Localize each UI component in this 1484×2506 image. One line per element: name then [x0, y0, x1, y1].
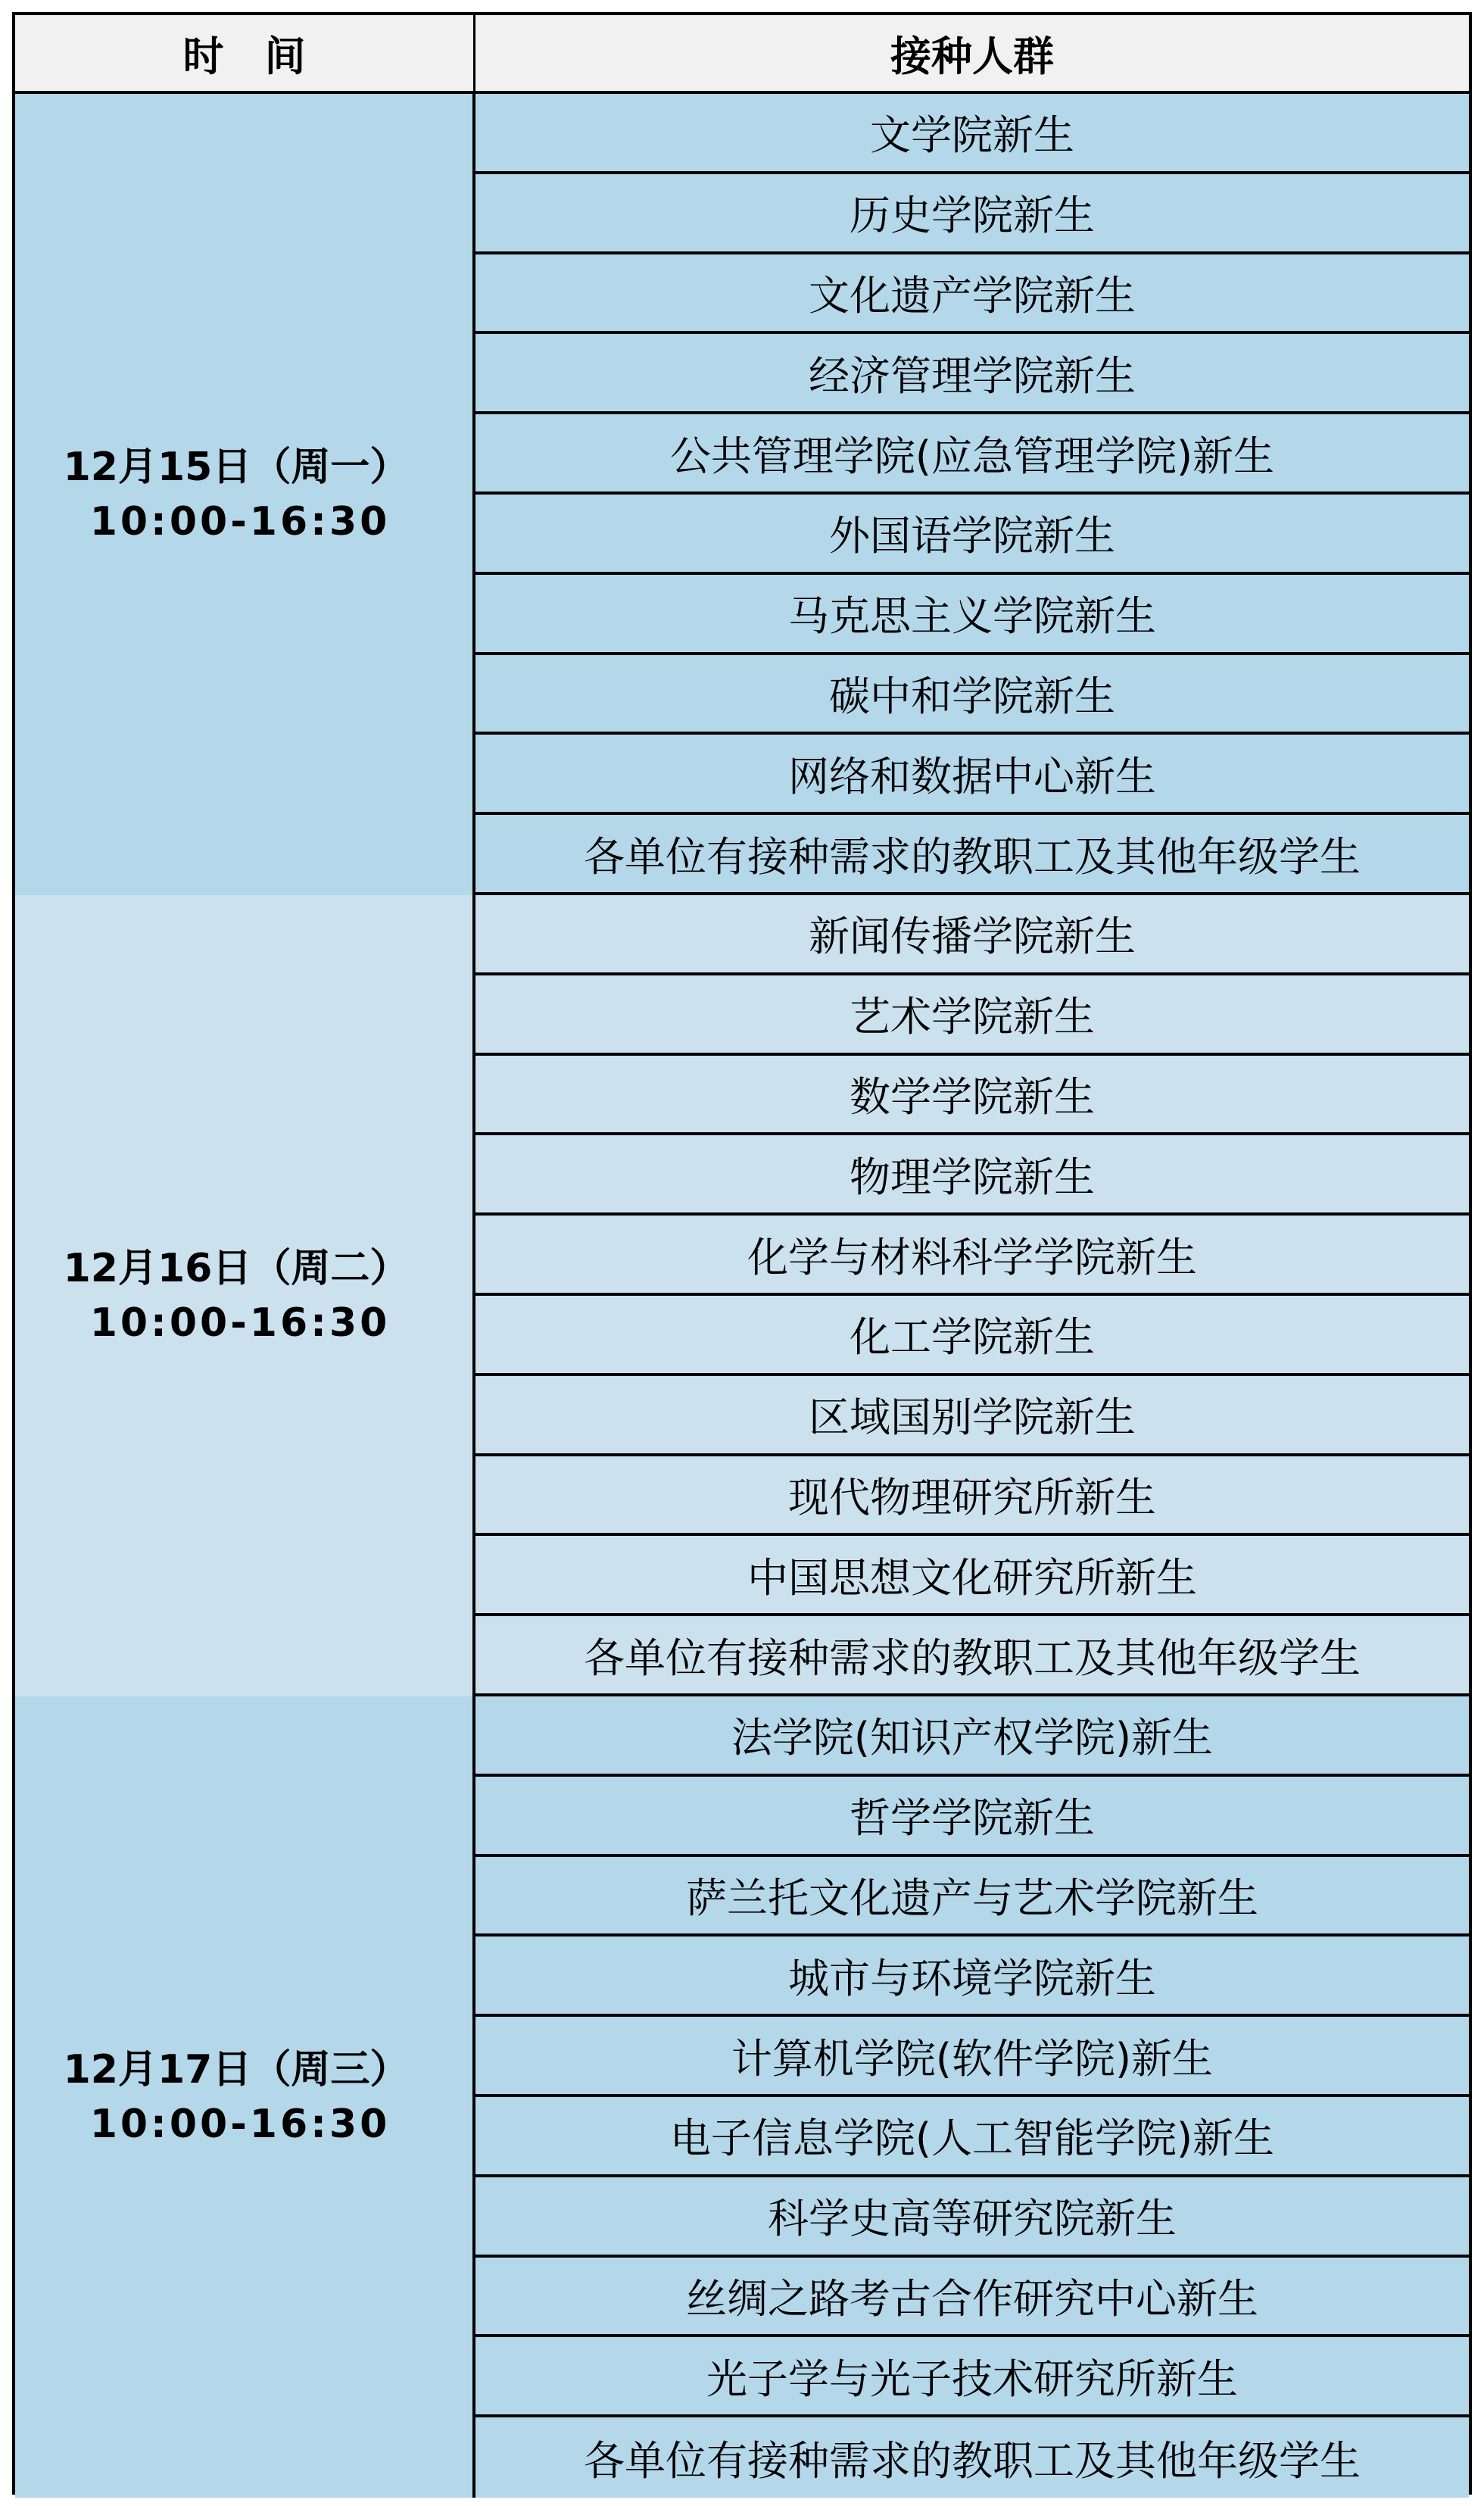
group-row: 各单位有接种需求的教职工及其他年级学生: [475, 815, 1469, 895]
group-row: 现代物理研究所新生: [475, 1456, 1469, 1537]
schedule-section: 12月16日（周二）10:00-16:30新闻传播学院新生艺术学院新生数学学院新…: [15, 895, 1469, 1696]
group-row: 化学与材料科学学院新生: [475, 1216, 1469, 1296]
group-row: 外国语学院新生: [475, 495, 1469, 575]
date-cell: 12月15日（周一）10:00-16:30: [15, 94, 475, 895]
group-row: 历史学院新生: [475, 174, 1469, 254]
group-row: 公共管理学院(应急管理学院)新生: [475, 414, 1469, 495]
group-row: 艺术学院新生: [475, 975, 1469, 1056]
header-time: 时 间: [15, 15, 475, 91]
schedule-section: 12月15日（周一）10:00-16:30文学院新生历史学院新生文化遗产学院新生…: [15, 94, 1469, 895]
session-date: 12月17日（周三）: [64, 2043, 410, 2097]
group-row: 丝绸之路考古合作研究中心新生: [475, 2258, 1469, 2338]
group-row: 哲学学院新生: [475, 1777, 1469, 1857]
group-list: 文学院新生历史学院新生文化遗产学院新生经济管理学院新生公共管理学院(应急管理学院…: [475, 94, 1469, 895]
group-row: 化工学院新生: [475, 1296, 1469, 1376]
group-row: 新闻传播学院新生: [475, 895, 1469, 975]
vaccination-schedule-table: 时 间 接种人群 12月15日（周一）10:00-16:30文学院新生历史学院新…: [12, 12, 1472, 2495]
group-row: 各单位有接种需求的教职工及其他年级学生: [475, 2417, 1469, 2498]
group-row: 法学院(知识产权学院)新生: [475, 1696, 1469, 1777]
session-date: 12月15日（周一）: [64, 440, 410, 495]
group-row: 电子信息学院(人工智能学院)新生: [475, 2097, 1469, 2177]
table-header: 时 间 接种人群: [15, 15, 1469, 94]
date-cell: 12月16日（周二）10:00-16:30: [15, 895, 475, 1696]
group-list: 新闻传播学院新生艺术学院新生数学学院新生物理学院新生化学与材料科学学院新生化工学…: [475, 895, 1469, 1696]
group-row: 碳中和学院新生: [475, 655, 1469, 735]
group-row: 计算机学院(软件学院)新生: [475, 2017, 1469, 2097]
group-row: 文化遗产学院新生: [475, 254, 1469, 335]
group-row: 文学院新生: [475, 94, 1469, 174]
session-time: 10:00-16:30: [83, 2097, 391, 2152]
group-row: 经济管理学院新生: [475, 334, 1469, 414]
header-vaccination-group: 接种人群: [475, 15, 1469, 91]
group-row: 数学学院新生: [475, 1056, 1469, 1136]
session-date: 12月16日（周二）: [64, 1241, 410, 1296]
group-row: 中国思想文化研究所新生: [475, 1536, 1469, 1616]
session-time: 10:00-16:30: [83, 1296, 391, 1350]
group-row: 网络和数据中心新生: [475, 735, 1469, 815]
group-row: 马克思主义学院新生: [475, 575, 1469, 655]
session-time: 10:00-16:30: [83, 495, 391, 549]
schedule-section: 12月17日（周三）10:00-16:30法学院(知识产权学院)新生哲学学院新生…: [15, 1696, 1469, 2498]
group-row: 各单位有接种需求的教职工及其他年级学生: [475, 1616, 1469, 1696]
group-row: 科学史高等研究院新生: [475, 2177, 1469, 2258]
group-row: 区域国别学院新生: [475, 1376, 1469, 1456]
group-list: 法学院(知识产权学院)新生哲学学院新生萨兰托文化遗产与艺术学院新生城市与环境学院…: [475, 1696, 1469, 2498]
group-row: 萨兰托文化遗产与艺术学院新生: [475, 1857, 1469, 1937]
date-cell: 12月17日（周三）10:00-16:30: [15, 1696, 475, 2498]
group-row: 光子学与光子技术研究所新生: [475, 2337, 1469, 2417]
group-row: 城市与环境学院新生: [475, 1936, 1469, 2017]
group-row: 物理学院新生: [475, 1135, 1469, 1216]
